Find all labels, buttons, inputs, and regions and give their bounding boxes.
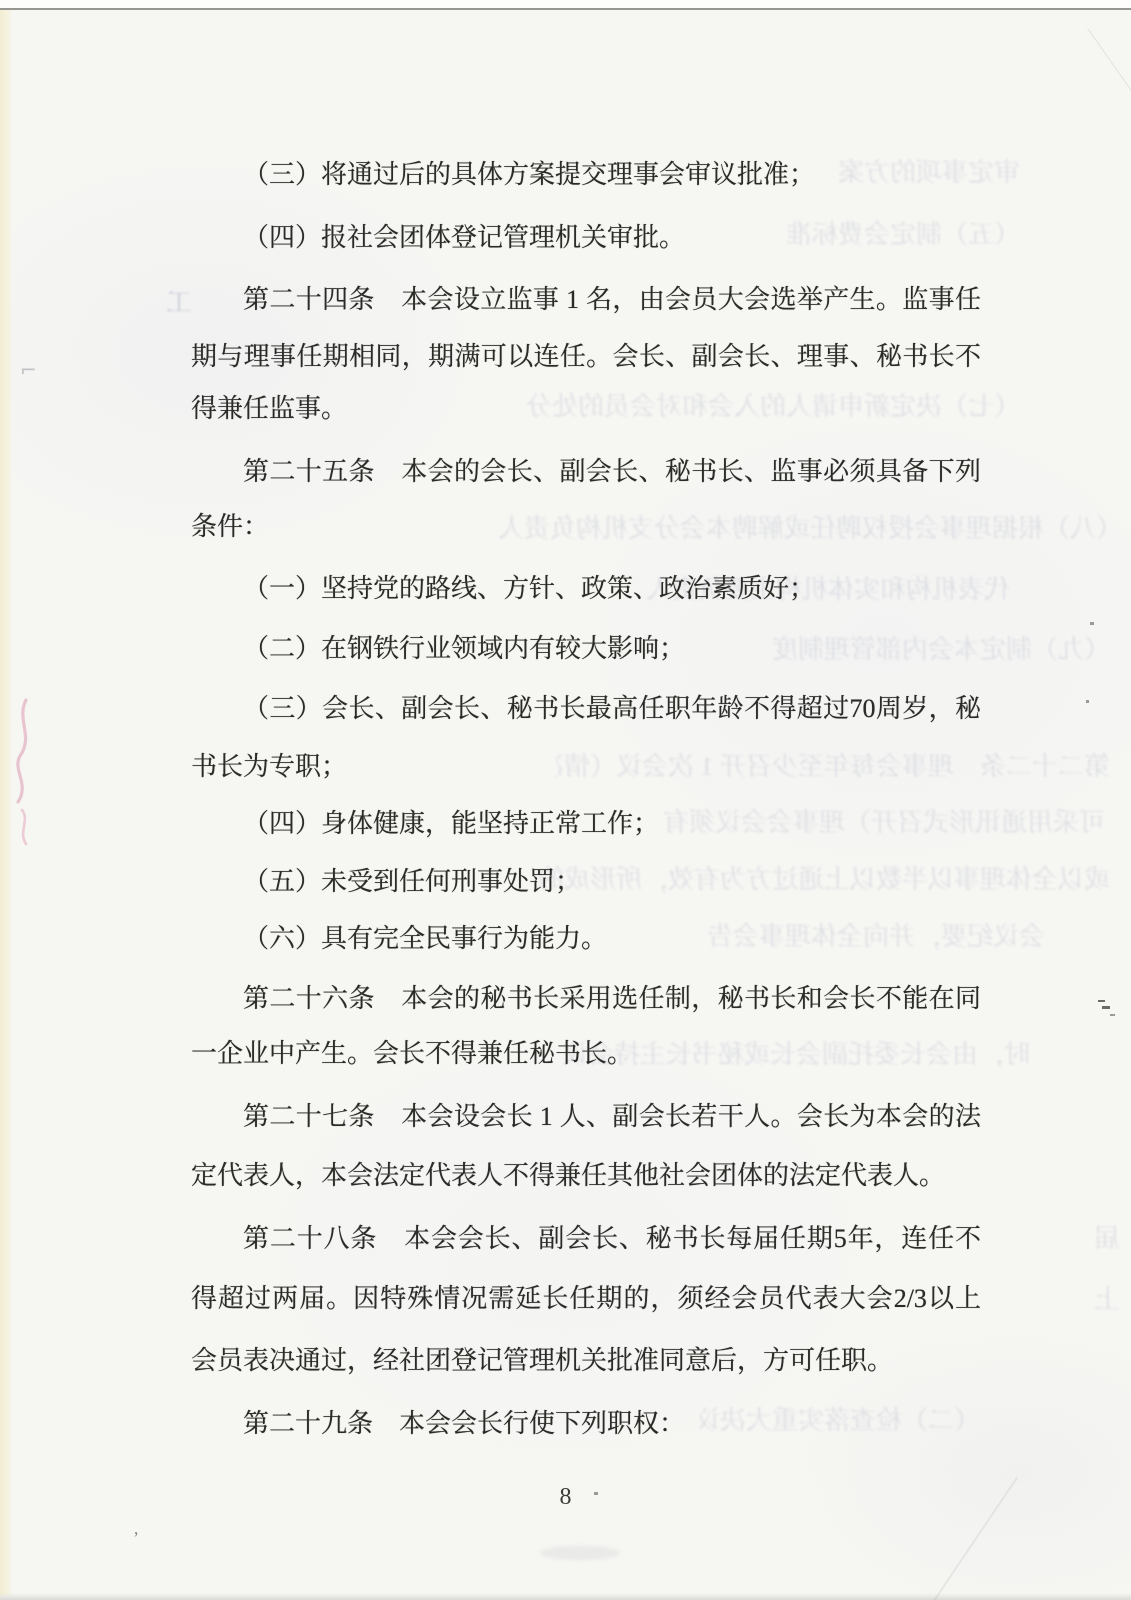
text-line: （五）未受到任何刑事处罚； [191,865,981,899]
scan-bottom-edge [0,1593,1131,1600]
stray-pen-tick: ’ [133,1528,139,1549]
scan-top-white-strip [0,0,1131,8]
bleedthrough-text: 上 [1030,1283,1120,1317]
text-line: 第二十六条 本会的秘书长采用选任制，秘书长和会长不能在同 [191,982,981,1016]
text-line: （三）将通过后的具体方案提交理事会审议批准； [191,158,981,192]
scan-speck [1110,1014,1115,1016]
text-line: （二）在钢铁行业领域内有较大影响； [191,632,981,666]
text-line: （四）报社会团体登记管理机关审批。 [191,221,981,255]
paper-crease-top-right [1087,28,1131,104]
scan-smudge [540,1546,620,1560]
scan-top-edge-line [0,8,1131,10]
text-line: 第二十八条 本会会长、副会长、秘书长每届任期5年，连任不 [191,1222,981,1256]
text-line: 第二十七条 本会设会长 1 人、副会长若干人。会长为本会的法 [191,1100,981,1134]
text-line: 书长为专职； [191,750,981,784]
text-line: 得超过两届。因特殊情况需延长任期的，须经会员代表大会2/3以上 [191,1282,981,1316]
bleedthrough-text: 工 [156,286,192,320]
scan-speck [1098,1000,1105,1002]
text-line: 第二十五条 本会的会长、副会长、秘书长、监事必须具备下列 [191,455,981,489]
text-line: （四）身体健康，能坚持正常工作； [191,807,981,841]
text-line: 第二十九条 本会会长行使下列职权： [191,1407,981,1441]
text-line: （三）会长、副会长、秘书长最高任职年龄不得超过70周岁，秘 [191,692,981,726]
gray-pencil-mark: ⌐ [20,358,37,382]
scan-speck [1086,700,1089,703]
text-line: 第二十四条 本会设立监事 1 名，由会员大会选举产生。监事任 [191,283,981,317]
text-line: 得兼任监事。 [191,392,981,426]
red-pen-squiggle [12,698,46,848]
scan-speck [1102,1006,1110,1009]
text-line: 一企业中产生。会长不得兼任秘书长。 [191,1037,981,1071]
document-page: 审定事项的方案（五）制定会费标准工（七）决定新申请人的入会和对会员的处分（八）根… [0,0,1131,1600]
text-line: 期与理事任期相同，期满可以连任。会长、副会长、理事、秘书长不 [191,340,981,374]
text-line: 条件： [191,510,981,544]
text-line: 定代表人，本会法定代表人不得兼任其他社会团体的法定代表人。 [191,1159,981,1193]
page-number: 8 [0,1484,1131,1511]
bleedthrough-text: 届 [1030,1222,1120,1256]
text-line: （一）坚持党的路线、方针、政策、政治素质好； [191,572,981,606]
text-line: 会员表决通过，经社团登记管理机关批准同意后，方可任职。 [191,1344,981,1378]
scan-speck [594,1492,598,1495]
text-line: （六）具有完全民事行为能力。 [191,922,981,956]
scan-speck [1090,622,1094,625]
